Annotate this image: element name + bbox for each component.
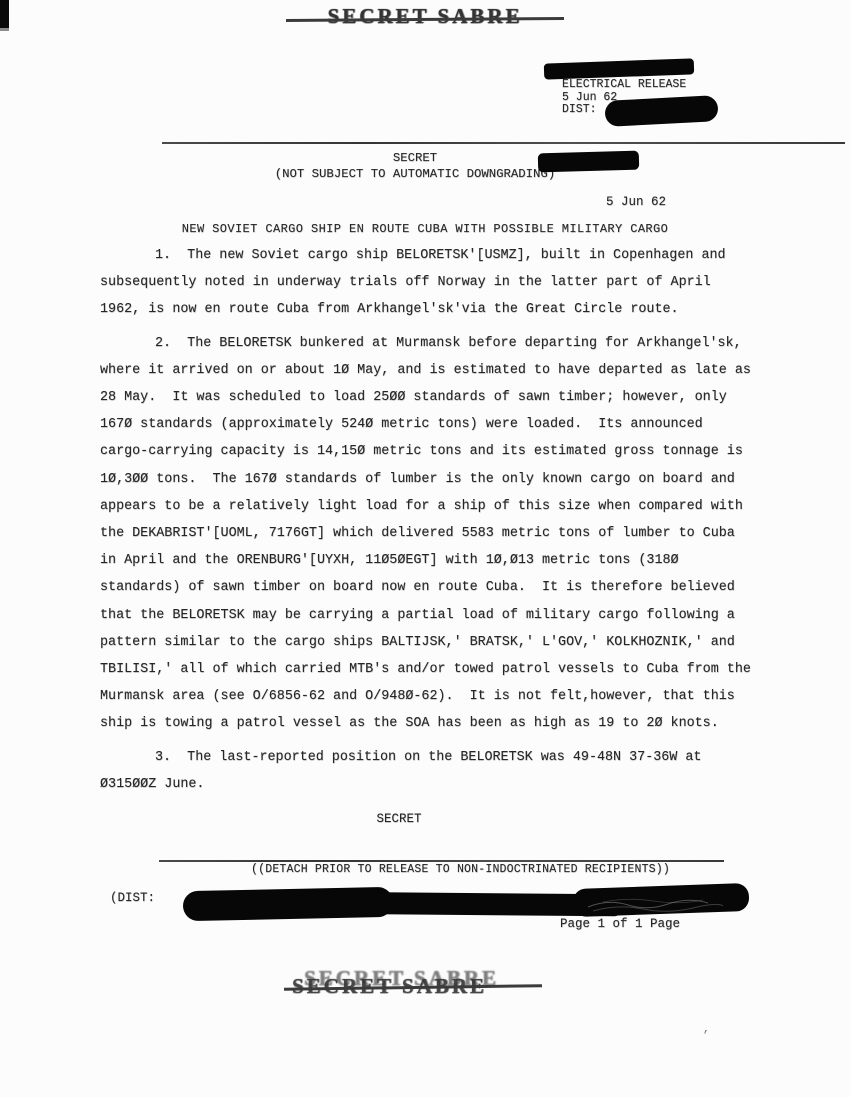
redaction-scribble-texture [583, 889, 733, 919]
redaction-classification-line [538, 151, 639, 173]
release-dist-label: DIST: [562, 103, 597, 116]
paragraph-2-number: 2. [155, 336, 171, 351]
mid-page-classification: SECRET [73, 806, 725, 833]
page-number: Page 1 of 1 Page [560, 917, 680, 931]
scan-corner-tick [0, 28, 9, 31]
classification-caveat: (NOT SUBJECT TO AUTOMATIC DOWNGRADING) [265, 166, 565, 182]
top-classification-stamp: SECRET SABRE [300, 4, 550, 29]
scan-corner-mark [0, 0, 9, 28]
release-date: 5 Jun 62 [562, 91, 617, 104]
paragraph-3-number: 3. [155, 750, 171, 765]
paragraph-1-text: The new Soviet cargo ship BELORETSK′[USM… [100, 248, 734, 317]
document-page: SECRET SABRE ELECTRICAL RELEASE5 Jun 62D… [0, 0, 850, 1097]
redaction-dist-top [604, 95, 718, 127]
paragraph-3-text: The last-reported position on the BELORE… [100, 750, 710, 792]
horizontal-rule-bottom [159, 860, 724, 862]
document-date: 5 Jun 62 [606, 195, 666, 209]
document-body: 1. The new Soviet cargo ship BELORETSK′[… [100, 242, 752, 833]
classification-block: SECRET (NOT SUBJECT TO AUTOMATIC DOWNGRA… [265, 150, 565, 182]
footer-dist-label: (DIST: [110, 891, 155, 905]
paragraph-1: 1. The new Soviet cargo ship BELORETSK′[… [100, 242, 752, 324]
paragraph-2-text: The BELORETSK bunkered at Murmansk befor… [100, 336, 759, 732]
paragraph-2: 2. The BELORETSK bunkered at Murmansk be… [100, 330, 752, 738]
classification-level: SECRET [265, 150, 565, 166]
release-type: ELECTRICAL RELEASE [562, 78, 686, 91]
horizontal-rule-top [162, 142, 845, 144]
top-stamp-text: SECRET SABRE [328, 4, 523, 28]
stray-pen-mark: ’ [702, 1029, 709, 1043]
detach-notice: ((DETACH PRIOR TO RELEASE TO NON-INDOCTR… [188, 863, 733, 876]
document-title: NEW SOVIET CARGO SHIP EN ROUTE CUBA WITH… [0, 222, 850, 236]
redaction-release-header [544, 58, 694, 79]
paragraph-3: 3. The last-reported position on the BEL… [100, 744, 752, 798]
bottom-classification-stamp: SECRET SABRE SECRET SABRE [292, 966, 544, 1016]
paragraph-1-number: 1. [155, 248, 171, 263]
